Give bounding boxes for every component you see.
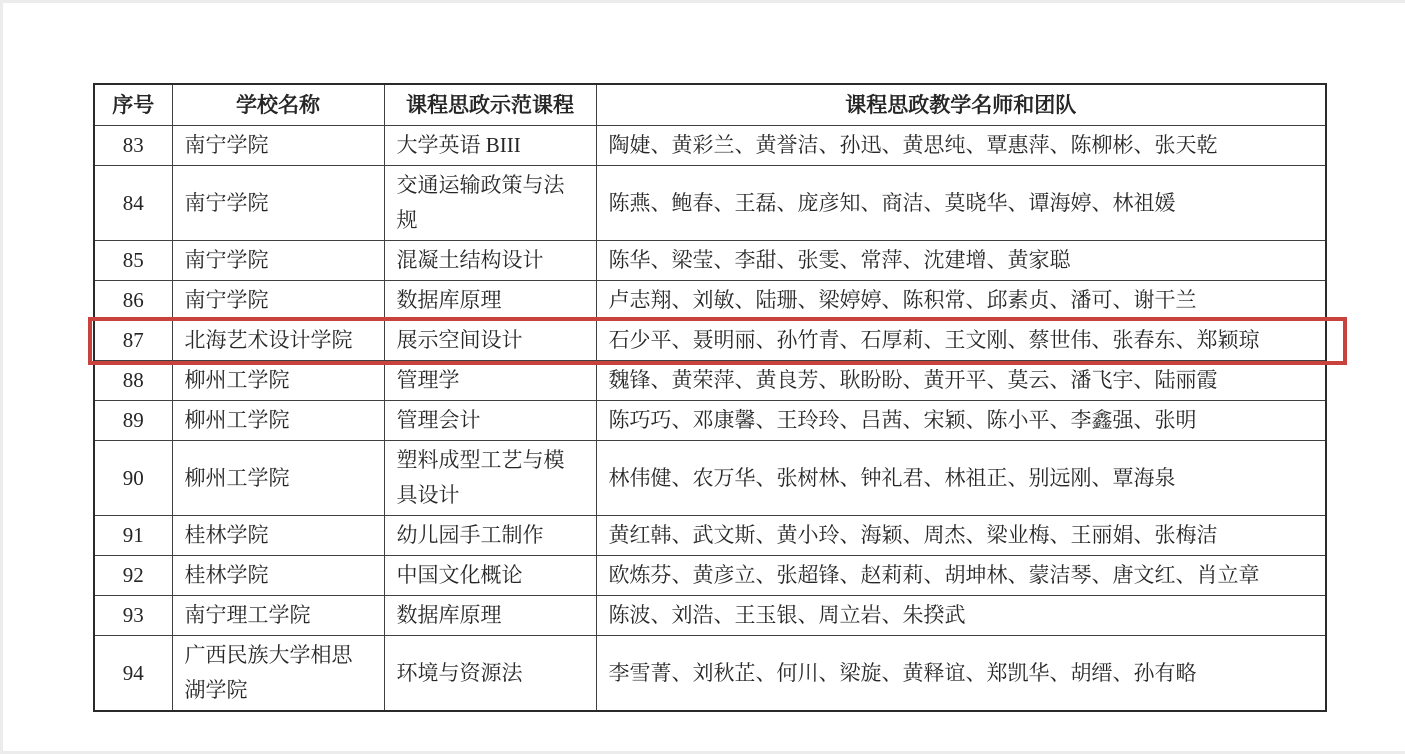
school-cell: 桂林学院 — [172, 516, 384, 556]
school-cell: 南宁学院 — [172, 166, 384, 241]
school-cell: 柳州工学院 — [172, 401, 384, 441]
row-number-cell: 83 — [94, 126, 172, 166]
course-cell: 交通运输政策与法规 — [384, 166, 596, 241]
team-cell: 陈巧巧、邓康馨、王玲玲、吕茜、宋颖、陈小平、李鑫强、张明 — [596, 401, 1326, 441]
course-table: 序号 学校名称 课程思政示范课程 课程思政教学名师和团队 83 南宁学院 大学英… — [93, 83, 1327, 712]
team-cell: 陈华、梁莹、李甜、张雯、常萍、沈建增、黄家聪 — [596, 241, 1326, 281]
team-cell: 欧炼芬、黄彦立、张超锋、赵莉莉、胡坤林、蒙洁琴、唐文红、肖立章 — [596, 556, 1326, 596]
row-number-cell: 85 — [94, 241, 172, 281]
table-row: 90 柳州工学院 塑料成型工艺与模具设计 林伟健、农万华、张树林、钟礼君、林祖正… — [94, 441, 1326, 516]
header-serial-number: 序号 — [94, 84, 172, 126]
course-cell: 数据库原理 — [384, 596, 596, 636]
table-header-row: 序号 学校名称 课程思政示范课程 课程思政教学名师和团队 — [94, 84, 1326, 126]
team-cell: 李雪菁、刘秋芷、何川、梁旋、黄释谊、郑凯华、胡缙、孙有略 — [596, 636, 1326, 712]
school-cell: 广西民族大学相思湖学院 — [172, 636, 384, 712]
row-number-cell: 91 — [94, 516, 172, 556]
table-row: 84 南宁学院 交通运输政策与法规 陈燕、鲍春、王磊、庞彦知、商洁、莫晓华、谭海… — [94, 166, 1326, 241]
table-row: 86 南宁学院 数据库原理 卢志翔、刘敏、陆珊、梁婷婷、陈积常、邱素贞、潘可、谢… — [94, 281, 1326, 321]
school-cell: 南宁学院 — [172, 241, 384, 281]
table-row: 94 广西民族大学相思湖学院 环境与资源法 李雪菁、刘秋芷、何川、梁旋、黄释谊、… — [94, 636, 1326, 712]
table-row: 91 桂林学院 幼儿园手工制作 黄红韩、武文斯、黄小玲、海颖、周杰、梁业梅、王丽… — [94, 516, 1326, 556]
course-cell: 幼儿园手工制作 — [384, 516, 596, 556]
header-teaching-team: 课程思政教学名师和团队 — [596, 84, 1326, 126]
school-cell: 桂林学院 — [172, 556, 384, 596]
team-cell: 陈燕、鲍春、王磊、庞彦知、商洁、莫晓华、谭海婷、林祖媛 — [596, 166, 1326, 241]
row-number-cell: 93 — [94, 596, 172, 636]
page-edge-top — [0, 0, 1405, 3]
school-cell: 柳州工学院 — [172, 361, 384, 401]
table-row: 93 南宁理工学院 数据库原理 陈波、刘浩、王玉银、周立岩、朱揆武 — [94, 596, 1326, 636]
header-demo-course: 课程思政示范课程 — [384, 84, 596, 126]
team-cell: 卢志翔、刘敏、陆珊、梁婷婷、陈积常、邱素贞、潘可、谢干兰 — [596, 281, 1326, 321]
school-cell: 南宁理工学院 — [172, 596, 384, 636]
team-cell: 陈波、刘浩、王玉银、周立岩、朱揆武 — [596, 596, 1326, 636]
row-number-cell: 89 — [94, 401, 172, 441]
school-cell: 南宁学院 — [172, 281, 384, 321]
team-cell: 石少平、聂明丽、孙竹青、石厚莉、王文刚、蔡世伟、张春东、郑颖琼 — [596, 321, 1326, 361]
team-cell: 林伟健、农万华、张树林、钟礼君、林祖正、别远刚、覃海泉 — [596, 441, 1326, 516]
school-cell: 柳州工学院 — [172, 441, 384, 516]
document-page: 序号 学校名称 课程思政示范课程 课程思政教学名师和团队 83 南宁学院 大学英… — [0, 0, 1405, 754]
course-cell: 数据库原理 — [384, 281, 596, 321]
team-cell: 魏锋、黄荣萍、黄良芳、耿盼盼、黄开平、莫云、潘飞宇、陆丽霞 — [596, 361, 1326, 401]
course-cell: 管理会计 — [384, 401, 596, 441]
table-body: 83 南宁学院 大学英语 BIII 陶婕、黄彩兰、黄誉洁、孙迅、黄思纯、覃惠萍、… — [94, 126, 1326, 712]
table-row: 88 柳州工学院 管理学 魏锋、黄荣萍、黄良芳、耿盼盼、黄开平、莫云、潘飞宇、陆… — [94, 361, 1326, 401]
course-cell: 环境与资源法 — [384, 636, 596, 712]
course-cell: 管理学 — [384, 361, 596, 401]
course-cell: 塑料成型工艺与模具设计 — [384, 441, 596, 516]
course-cell: 展示空间设计 — [384, 321, 596, 361]
table-row: 87 北海艺术设计学院 展示空间设计 石少平、聂明丽、孙竹青、石厚莉、王文刚、蔡… — [94, 321, 1326, 361]
team-cell: 黄红韩、武文斯、黄小玲、海颖、周杰、梁业梅、王丽娟、张梅洁 — [596, 516, 1326, 556]
table-row: 89 柳州工学院 管理会计 陈巧巧、邓康馨、王玲玲、吕茜、宋颖、陈小平、李鑫强、… — [94, 401, 1326, 441]
school-cell: 北海艺术设计学院 — [172, 321, 384, 361]
row-number-cell: 86 — [94, 281, 172, 321]
table-row: 83 南宁学院 大学英语 BIII 陶婕、黄彩兰、黄誉洁、孙迅、黄思纯、覃惠萍、… — [94, 126, 1326, 166]
course-cell: 大学英语 BIII — [384, 126, 596, 166]
school-cell: 南宁学院 — [172, 126, 384, 166]
course-cell: 混凝土结构设计 — [384, 241, 596, 281]
row-number-cell: 87 — [94, 321, 172, 361]
row-number-cell: 90 — [94, 441, 172, 516]
header-school-name: 学校名称 — [172, 84, 384, 126]
team-cell: 陶婕、黄彩兰、黄誉洁、孙迅、黄思纯、覃惠萍、陈柳彬、张天乾 — [596, 126, 1326, 166]
course-cell: 中国文化概论 — [384, 556, 596, 596]
row-number-cell: 84 — [94, 166, 172, 241]
table-row: 92 桂林学院 中国文化概论 欧炼芬、黄彦立、张超锋、赵莉莉、胡坤林、蒙洁琴、唐… — [94, 556, 1326, 596]
table-row: 85 南宁学院 混凝土结构设计 陈华、梁莹、李甜、张雯、常萍、沈建增、黄家聪 — [94, 241, 1326, 281]
row-number-cell: 88 — [94, 361, 172, 401]
page-edge-left — [0, 0, 3, 754]
row-number-cell: 94 — [94, 636, 172, 712]
row-number-cell: 92 — [94, 556, 172, 596]
